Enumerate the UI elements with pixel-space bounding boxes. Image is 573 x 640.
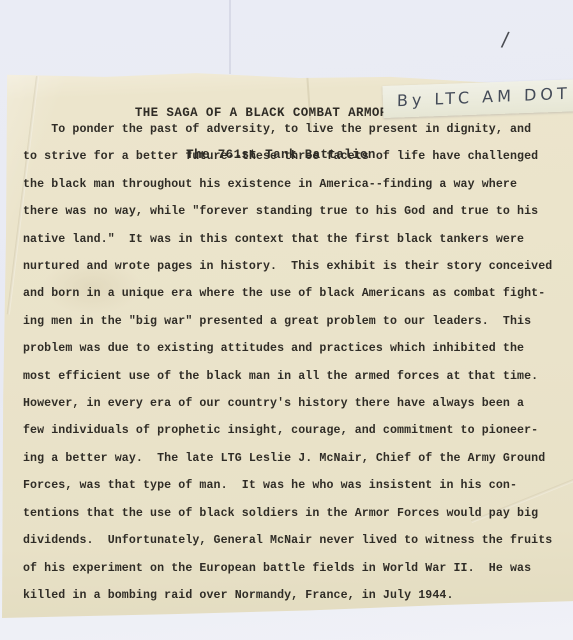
body-line: nurtured and wrote pages in history. Thi…: [23, 253, 568, 280]
taped-label-strip: By LTC AM DOT: [382, 79, 573, 118]
body-line: However, in every era of our country's h…: [23, 390, 568, 417]
body-line: dividends. Unfortunately, General McNair…: [23, 527, 568, 554]
body-line: tentions that the use of black soldiers …: [23, 500, 568, 527]
scanned-document-page: / THE SAGA OF A BLACK COMBAT ARMOR UNIT …: [0, 0, 573, 640]
body-line: killed in a bombing raid over Normandy, …: [23, 582, 568, 609]
body-line: and born in a unique era where the use o…: [23, 280, 568, 307]
background-fold-line: [229, 0, 231, 74]
pen-slash-mark: /: [500, 27, 510, 52]
body-line: few individuals of prophetic insight, co…: [23, 417, 568, 444]
body-line: native land." It was in this context tha…: [23, 226, 568, 253]
body-line: most efficient use of the black man in a…: [23, 363, 568, 390]
body-line: problem was due to existing attitudes an…: [23, 335, 568, 362]
body-line: of his experiment on the European battle…: [23, 555, 568, 582]
body-line: To ponder the past of adversity, to live…: [23, 116, 568, 143]
body-line: there was no way, while "forever standin…: [23, 198, 568, 225]
typewritten-paper: THE SAGA OF A BLACK COMBAT ARMOR UNIT Th…: [2, 72, 573, 618]
body-line: ing a better way. The late LTG Leslie J.…: [23, 445, 568, 472]
document-body: To ponder the past of adversity, to live…: [23, 116, 568, 609]
body-line: the black man throughout his existence i…: [23, 171, 568, 198]
body-line: Forces, was that type of man. It was he …: [23, 472, 568, 499]
body-line: to strive for a better future--these thr…: [23, 143, 568, 170]
body-line: ing men in the "big war" presented a gre…: [23, 308, 568, 335]
handwritten-note: By LTC AM DOT: [397, 84, 571, 111]
